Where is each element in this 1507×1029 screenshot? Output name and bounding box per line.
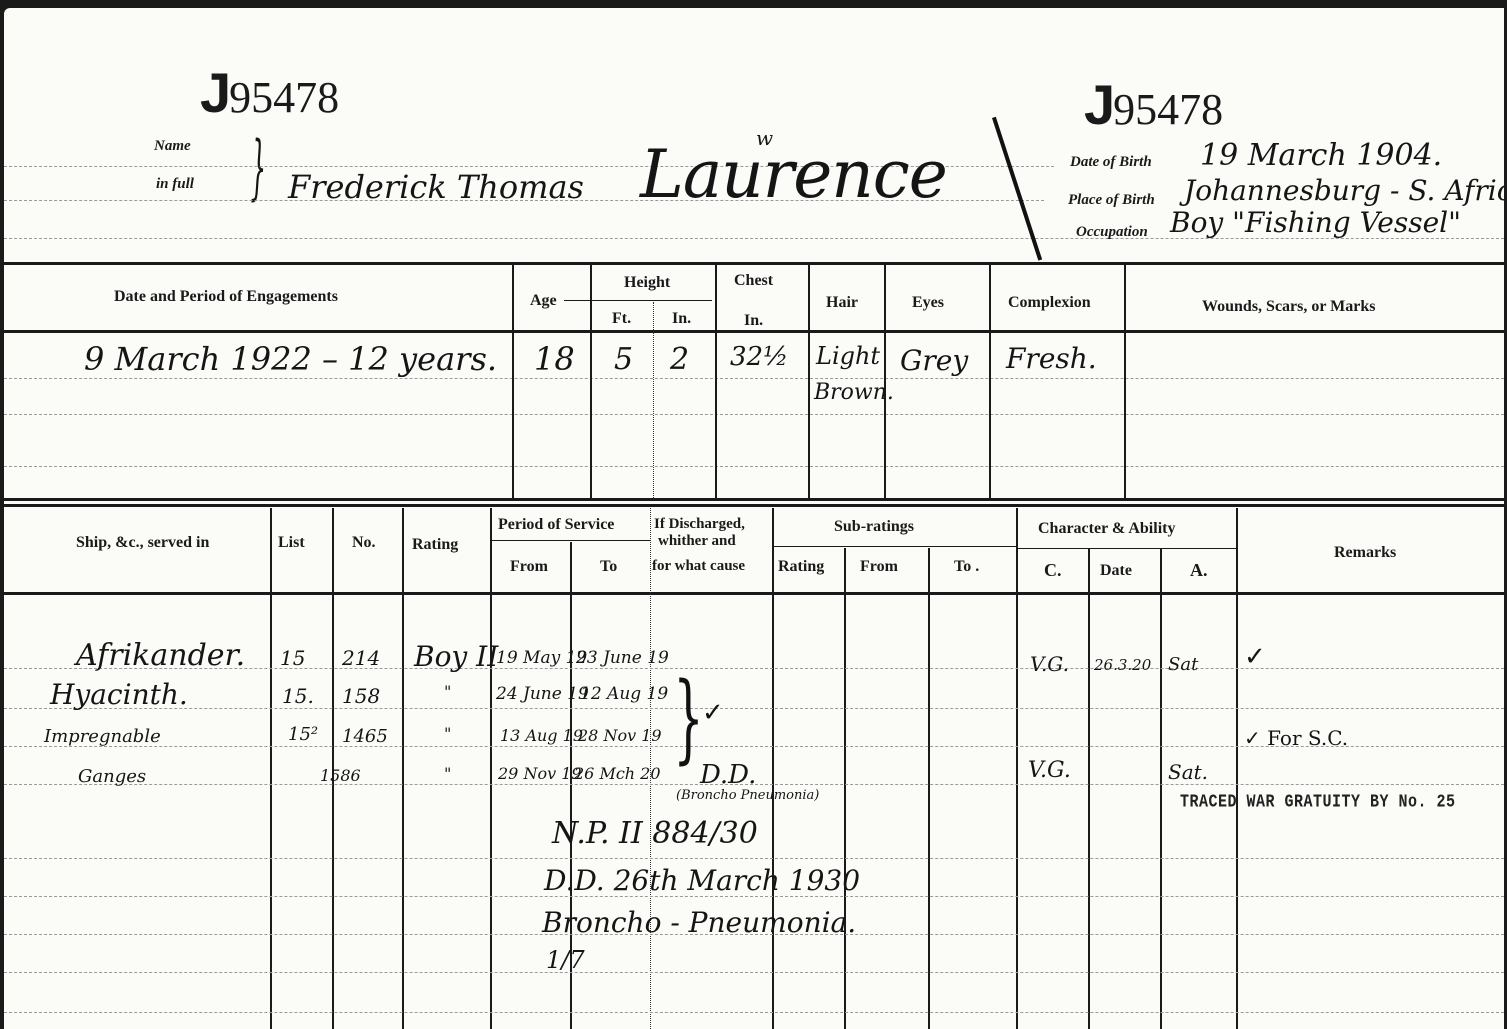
rating-cell: " (444, 682, 451, 701)
from-cell: 29 Nov 19 (498, 764, 582, 783)
rating-cell: " (444, 764, 451, 783)
col-divider (772, 508, 774, 1029)
header-engagement: Date and Period of Engagements (114, 288, 338, 306)
no-cell: 158 (342, 684, 380, 708)
col-divider (402, 508, 404, 1029)
col-divider (1124, 264, 1126, 498)
occupation-value: Boy "Fishing Vessel" (1170, 206, 1461, 239)
col-divider (1160, 548, 1162, 1029)
age-value: 18 (534, 340, 575, 378)
period-subrule (490, 540, 650, 541)
service-top-rule (4, 504, 1504, 507)
service-header-rule (4, 592, 1504, 595)
remarks-cell: ✓ For S.C. (1244, 726, 1348, 750)
header-c: C. (1044, 560, 1062, 581)
hair-value-1: Light (816, 342, 880, 370)
header-character: Character & Ability (1038, 520, 1175, 538)
header-list: List (278, 534, 305, 552)
header-to: To (600, 558, 617, 576)
service-record-sheet: J95478 J95478 Name in full } Frederick T… (4, 8, 1504, 1029)
col-divider (844, 548, 846, 1029)
ship-cell: Impregnable (44, 726, 161, 747)
later-note-4: 1/7 (546, 946, 585, 974)
name-brace: } (250, 126, 266, 208)
to-cell: 12 Aug 19 (580, 684, 668, 704)
service-line (4, 708, 1504, 709)
rating-cell: Boy II (414, 640, 498, 673)
height-in-value: 2 (670, 342, 689, 377)
engagement-line-2 (4, 414, 1504, 415)
engagement-value: 9 March 1922 – 12 years. (84, 340, 497, 378)
surname: Laurence (640, 136, 947, 213)
header-date: Date (1100, 562, 1132, 580)
header-sub-from: From (860, 558, 898, 576)
complexion-value: Fresh. (1006, 342, 1097, 375)
list-cell: 15. (282, 684, 314, 708)
col-divider (715, 264, 717, 498)
service-line (4, 972, 1504, 973)
engagement-line-3 (4, 466, 1504, 467)
subratings-subrule (772, 546, 1016, 547)
header-ft: Ft. (612, 310, 631, 328)
service-line (4, 1012, 1504, 1013)
height-subrule (564, 300, 712, 301)
header-ship: Ship, &c., served in (76, 534, 209, 552)
discharge-cause: (Broncho Pneumonia) (676, 788, 819, 803)
header-discharged-3: for what cause (652, 558, 745, 575)
col-divider (808, 264, 810, 498)
ship-cell: Ganges (78, 766, 146, 787)
chest-value: 32½ (730, 342, 788, 372)
dob-label: Date of Birth (1070, 154, 1152, 171)
service-line (4, 858, 1504, 859)
given-names: Frederick Thomas (288, 168, 584, 206)
number-digits: 95478 (229, 73, 339, 122)
later-note-3: Broncho - Pneumonia. (542, 906, 856, 939)
header-marks: Wounds, Scars, or Marks (1202, 298, 1376, 316)
surname-correction: w (756, 126, 773, 150)
dob-value: 19 March 1904. (1200, 138, 1442, 173)
col-divider (1088, 548, 1090, 1029)
discharge-tick: ✓ (702, 698, 724, 728)
ability-cell: Sat (1168, 654, 1198, 675)
to-cell: 28 Nov 19 (578, 726, 662, 745)
header-hair: Hair (826, 294, 858, 312)
pob-value: Johannesburg - S. Africa. (1184, 174, 1504, 207)
occupation-label: Occupation (1076, 224, 1148, 241)
col-divider (1016, 508, 1018, 1029)
date-cell: 26.3.20 (1094, 656, 1151, 674)
header-eyes: Eyes (912, 294, 944, 312)
eyes-value: Grey (900, 344, 968, 377)
later-note-1: N.P. II 884/30 (552, 816, 758, 851)
official-number-left: J95478 (200, 60, 339, 125)
header-period: Period of Service (498, 516, 614, 534)
no-cell: 1465 (342, 726, 388, 747)
col-divider (490, 508, 492, 1029)
header-remarks: Remarks (1334, 544, 1396, 562)
name-label: Name (154, 138, 191, 155)
ability-cell: Sat. (1168, 760, 1208, 784)
remarks-cell: ✓ (1244, 642, 1266, 672)
pen-stroke (992, 117, 1042, 261)
discharge-brace: } (673, 662, 704, 774)
header-subratings: Sub-ratings (834, 518, 914, 536)
col-divider (270, 508, 272, 1029)
header-a: A. (1190, 560, 1208, 581)
list-cell: 15² (288, 724, 318, 745)
rating-cell: " (444, 724, 451, 743)
header-chest: Chest (734, 272, 773, 290)
from-cell: 19 May 19 (496, 648, 587, 668)
header-in: In. (672, 310, 691, 328)
header-no: No. (352, 534, 376, 552)
no-cell: 214 (342, 646, 380, 670)
number-prefix: J (1084, 73, 1113, 136)
header-from: From (510, 558, 548, 576)
header-discharged-1: If Discharged, (654, 516, 745, 533)
engagement-bottom-rule (4, 498, 1504, 501)
col-divider (653, 302, 654, 498)
engagement-header-rule (4, 330, 1504, 333)
height-ft-value: 5 (614, 342, 633, 377)
pob-label: Place of Birth (1068, 192, 1155, 209)
to-cell: 23 June 19 (576, 648, 669, 668)
discharge-note: D.D. (700, 760, 756, 790)
list-cell: 15 (280, 646, 305, 670)
war-gratuity-stamp: TRACED WAR GRATUITY BY No. 25 (1180, 792, 1456, 812)
ship-cell: Afrikander. (76, 638, 245, 673)
character-cell: V.G. (1030, 652, 1069, 676)
col-divider (928, 548, 930, 1029)
character-cell: V.G. (1028, 758, 1071, 783)
header-age: Age (530, 292, 557, 310)
ship-cell: Hyacinth. (50, 678, 188, 711)
header-chest-in: In. (744, 312, 763, 330)
in-full-label: in full (156, 176, 194, 193)
header-complexion: Complexion (1008, 294, 1091, 312)
hair-value-2: Brown. (814, 380, 894, 405)
to-cell: 26 Mch 20 (574, 764, 661, 783)
header-discharged-2: whither and (658, 533, 736, 550)
header-height: Height (624, 274, 670, 292)
number-prefix: J (200, 61, 229, 124)
header-sub-to: To . (954, 558, 979, 576)
character-subrule (1016, 548, 1238, 549)
later-note-2: D.D. 26th March 1930 (544, 864, 860, 897)
official-number-right: J95478 (1084, 72, 1223, 137)
col-divider (989, 264, 991, 498)
engagement-line-1 (4, 378, 1504, 379)
header-rating: Rating (412, 536, 458, 554)
header-sub-rating: Rating (778, 558, 824, 576)
col-divider (1236, 508, 1238, 1029)
from-cell: 13 Aug 19 (500, 726, 583, 745)
col-divider (512, 264, 514, 498)
engagement-top-rule (4, 262, 1504, 265)
from-cell: 24 June 19 (496, 684, 589, 704)
number-digits: 95478 (1113, 85, 1223, 134)
no-cell: 1586 (320, 766, 361, 785)
